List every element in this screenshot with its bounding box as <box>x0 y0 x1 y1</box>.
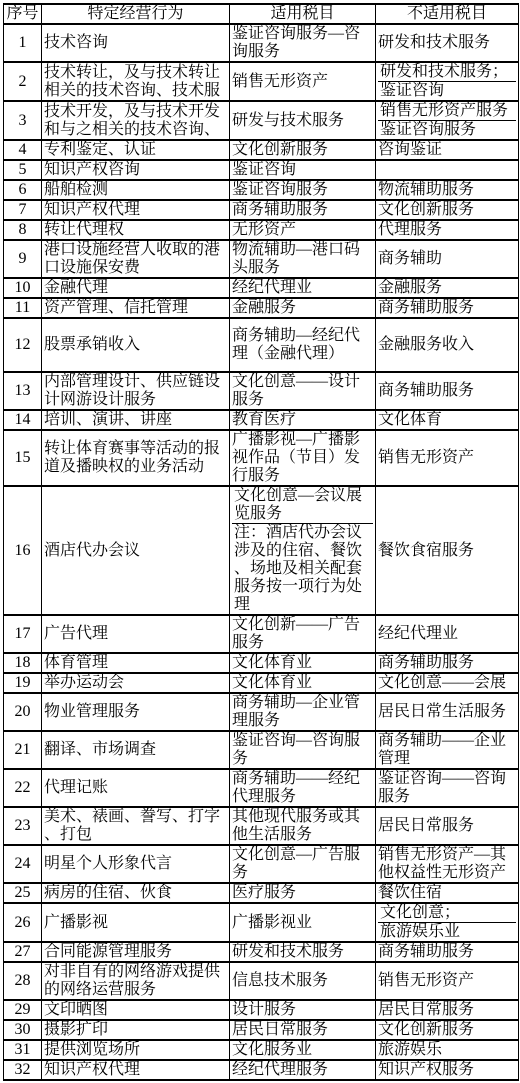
row-number-cell: 31 <box>4 1040 42 1060</box>
applicable-cell: 研发和技术服务 <box>230 942 376 962</box>
behavior-cell: 对非自有的网络游戏提供的网络运营服务 <box>42 962 230 1000</box>
applicable-cell: 研发与技术服务 <box>230 101 376 140</box>
row-number-cell: 14 <box>4 410 42 430</box>
table-row: 24明星个人形象代言文化创意—广告服务销售无形资产—其他权益性无形资产 <box>4 845 519 883</box>
behavior-cell: 资产管理、信托管理 <box>42 298 230 318</box>
applicable-cell: 物流辅助—港口码头服务 <box>230 240 376 278</box>
row-number-cell: 8 <box>4 220 42 240</box>
sub-cell: 旅游娱乐业 <box>378 922 516 941</box>
behavior-cell: 技术开发，及与技术开发和与之相关的技术咨询、 <box>42 101 230 140</box>
behavior-cell: 酒店代办会议 <box>42 486 230 615</box>
row-number-cell: 26 <box>4 903 42 942</box>
not-applicable-cell: 物流辅助服务 <box>376 180 519 200</box>
row-number-cell: 12 <box>4 318 42 372</box>
not-applicable-cell: 金融服务收入 <box>376 318 519 372</box>
row-number-cell: 13 <box>4 372 42 410</box>
not-applicable-cell: 知识产权服务 <box>376 1060 519 1080</box>
behavior-cell: 提供浏览场所 <box>42 1040 230 1060</box>
applicable-cell: 文化体育业 <box>230 673 376 693</box>
applicable-cell: 文化创新——广告服务 <box>230 615 376 653</box>
behavior-cell: 转让体育赛事等活动的报道及播映权的业务活动 <box>42 430 230 486</box>
table-row: 6船舶检测鉴证咨询服务物流辅助服务 <box>4 180 519 200</box>
header-row: 序号特定经营行为适用税目不适用税目 <box>4 4 519 24</box>
row-number-cell: 21 <box>4 731 42 769</box>
row-number-cell: 23 <box>4 807 42 845</box>
applicable-cell: 文化体育业 <box>230 653 376 673</box>
not-applicable-cell: 销售无形资产服务鉴证咨询服务 <box>376 101 519 140</box>
not-applicable-cell: 餐饮住宿 <box>376 883 519 903</box>
row-number-cell: 15 <box>4 430 42 486</box>
table-row: 7知识产权代理商务辅助服务文化创新服务 <box>4 200 519 220</box>
not-applicable-cell: 居民日常服务 <box>376 1000 519 1020</box>
not-applicable-cell: 金融服务 <box>376 278 519 298</box>
not-applicable-cell: 文化体育 <box>376 410 519 430</box>
not-applicable-cell: 居民日常生活服务 <box>376 693 519 731</box>
behavior-cell: 内部管理设计、供应链设计网游设计服务 <box>42 372 230 410</box>
behavior-cell: 文印晒图 <box>42 1000 230 1020</box>
not-applicable-cell: 经纪代理业 <box>376 615 519 653</box>
row-number-cell: 27 <box>4 942 42 962</box>
applicable-cell: 设计服务 <box>230 1000 376 1020</box>
row-number-cell: 30 <box>4 1020 42 1040</box>
behavior-cell: 美术、裱画、誊写、打字、打包 <box>42 807 230 845</box>
table-row: 8转让代理权无形资产代理服务 <box>4 220 519 240</box>
row-number-cell: 28 <box>4 962 42 1000</box>
behavior-cell: 体育管理 <box>42 653 230 673</box>
behavior-cell: 物业管理服务 <box>42 693 230 731</box>
table-row: 22代理记账商务辅助——经纪代理服务鉴证咨询——咨询服务 <box>4 769 519 807</box>
applicable-cell: 鉴证咨询服务—咨询服务 <box>230 24 376 62</box>
not-applicable-cell: 商务辅助服务 <box>376 298 519 318</box>
row-number-cell: 22 <box>4 769 42 807</box>
row-number-cell: 25 <box>4 883 42 903</box>
applicable-cell: 经纪代理业 <box>230 278 376 298</box>
behavior-cell: 摄影扩印 <box>42 1020 230 1040</box>
row-number-cell: 24 <box>4 845 42 883</box>
applicable-cell: 文化服务业 <box>230 1040 376 1060</box>
behavior-cell: 广播影视 <box>42 903 230 942</box>
table-row: 4专利鉴定、认证文化创新服务咨询鉴证 <box>4 140 519 160</box>
behavior-cell: 技术咨询 <box>42 24 230 62</box>
behavior-cell: 技术转让，及与技术转让相关的技术咨询、技术服 <box>42 62 230 101</box>
applicable-cell: 商务辅助服务 <box>230 200 376 220</box>
applicable-cell: 无形资产 <box>230 220 376 240</box>
not-applicable-cell: 咨询鉴证 <box>376 140 519 160</box>
table-row: 19举办运动会文化体育业文化创意——会展 <box>4 673 519 693</box>
not-applicable-cell: 文化创新服务 <box>376 200 519 220</box>
behavior-cell: 金融代理 <box>42 278 230 298</box>
table-row: 17广告代理文化创新——广告服务经纪代理业 <box>4 615 519 653</box>
table-row: 3技术开发，及与技术开发和与之相关的技术咨询、研发与技术服务销售无形资产服务鉴证… <box>4 101 519 140</box>
table-row: 13内部管理设计、供应链设计网游设计服务文化创意——设计服务商务辅助服务 <box>4 372 519 410</box>
table-row: 18体育管理文化体育业商务辅助服务 <box>4 653 519 673</box>
applicable-cell: 文化创意—会议展览服务注：酒店代办会议涉及的住宿、餐饮、场地及相关配套服务按一项… <box>230 486 376 615</box>
table-row: 21翻译、市场调查鉴证咨询—咨询服务商务辅助——企业管理 <box>4 731 519 769</box>
applicable-cell: 商务辅助—经纪代理（金融代理） <box>230 318 376 372</box>
behavior-cell: 举办运动会 <box>42 673 230 693</box>
row-number-cell: 7 <box>4 200 42 220</box>
not-applicable-cell: 商务辅助服务 <box>376 653 519 673</box>
table-row: 16酒店代办会议文化创意—会议展览服务注：酒店代办会议涉及的住宿、餐饮、场地及相… <box>4 486 519 615</box>
not-applicable-cell: 商务辅助服务 <box>376 372 519 410</box>
row-number-cell: 9 <box>4 240 42 278</box>
sub-cell: 文化创意—会议展览服务 <box>232 487 373 523</box>
col-header-not-applicable: 不适用税目 <box>376 4 519 24</box>
behavior-cell: 知识产权代理 <box>42 1060 230 1080</box>
col-header-behavior: 特定经营行为 <box>42 4 230 24</box>
applicable-cell: 鉴证咨询服务 <box>230 180 376 200</box>
behavior-cell: 明星个人形象代言 <box>42 845 230 883</box>
not-applicable-cell: 商务辅助 <box>376 240 519 278</box>
sub-cell: 鉴证咨询 <box>378 81 516 100</box>
sub-cell: 文化创意； <box>378 904 516 922</box>
row-number-cell: 32 <box>4 1060 42 1080</box>
applicable-cell: 鉴证咨询 <box>230 160 376 180</box>
table-row: 10金融代理经纪代理业金融服务 <box>4 278 519 298</box>
applicable-cell: 信息技术服务 <box>230 962 376 1000</box>
behavior-cell: 港口设施经营人收取的港口设施保安费 <box>42 240 230 278</box>
table-row: 32知识产权代理经纪代理服务知识产权服务 <box>4 1060 519 1080</box>
not-applicable-cell: 研发和技术服务 <box>376 24 519 62</box>
behavior-cell: 培训、演讲、讲座 <box>42 410 230 430</box>
not-applicable-cell: 文化创意——会展 <box>376 673 519 693</box>
tax-items-table: 序号特定经营行为适用税目不适用税目 1技术咨询鉴证咨询服务—咨询服务研发和技术服… <box>3 3 519 1081</box>
behavior-cell: 知识产权咨询 <box>42 160 230 180</box>
table-row: 9港口设施经营人收取的港口设施保安费物流辅助—港口码头服务商务辅助 <box>4 240 519 278</box>
behavior-cell: 合同能源管理服务 <box>42 942 230 962</box>
row-number-cell: 4 <box>4 140 42 160</box>
table-row: 30摄影扩印居民日常服务文化创新服务 <box>4 1020 519 1040</box>
table-row: 23美术、裱画、誊写、打字、打包其他现代服务或其他生活服务居民日常服务 <box>4 807 519 845</box>
behavior-cell: 专利鉴定、认证 <box>42 140 230 160</box>
row-number-cell: 29 <box>4 1000 42 1020</box>
not-applicable-cell <box>376 160 519 180</box>
row-number-cell: 1 <box>4 24 42 62</box>
not-applicable-cell: 销售无形资产—其他权益性无形资产 <box>376 845 519 883</box>
applicable-cell: 文化创新服务 <box>230 140 376 160</box>
document: 序号特定经营行为适用税目不适用税目 1技术咨询鉴证咨询服务—咨询服务研发和技术服… <box>0 0 520 1083</box>
applicable-cell: 教育医疗 <box>230 410 376 430</box>
row-number-cell: 10 <box>4 278 42 298</box>
row-number-cell: 6 <box>4 180 42 200</box>
applicable-cell: 销售无形资产 <box>230 62 376 101</box>
behavior-cell: 广告代理 <box>42 615 230 653</box>
row-number-cell: 19 <box>4 673 42 693</box>
not-applicable-cell: 销售无形资产 <box>376 430 519 486</box>
col-header-index: 序号 <box>4 4 42 24</box>
not-applicable-cell: 文化创意；旅游娱乐业 <box>376 903 519 942</box>
table-row: 25病房的住宿、伙食医疗服务餐饮住宿 <box>4 883 519 903</box>
behavior-cell: 病房的住宿、伙食 <box>42 883 230 903</box>
behavior-cell: 转让代理权 <box>42 220 230 240</box>
table-body: 1技术咨询鉴证咨询服务—咨询服务研发和技术服务2技术转让，及与技术转让相关的技术… <box>4 24 519 1080</box>
row-number-cell: 11 <box>4 298 42 318</box>
row-number-cell: 16 <box>4 486 42 615</box>
table-row: 14培训、演讲、讲座教育医疗文化体育 <box>4 410 519 430</box>
row-number-cell: 20 <box>4 693 42 731</box>
table-row: 11资产管理、信托管理金融服务商务辅助服务 <box>4 298 519 318</box>
row-number-cell: 3 <box>4 101 42 140</box>
not-applicable-cell: 代理服务 <box>376 220 519 240</box>
applicable-cell: 其他现代服务或其他生活服务 <box>230 807 376 845</box>
not-applicable-cell: 居民日常服务 <box>376 807 519 845</box>
not-applicable-cell: 商务辅助——企业管理 <box>376 731 519 769</box>
applicable-cell: 医疗服务 <box>230 883 376 903</box>
table-row: 20物业管理服务商务辅助—企业管理服务居民日常生活服务 <box>4 693 519 731</box>
table-row: 15转让体育赛事等活动的报道及播映权的业务活动广播影视—广播影视作品（节目）发行… <box>4 430 519 486</box>
not-applicable-cell: 餐饮食宿服务 <box>376 486 519 615</box>
row-number-cell: 2 <box>4 62 42 101</box>
table-row: 31提供浏览场所文化服务业旅游娱乐 <box>4 1040 519 1060</box>
table-row: 2技术转让，及与技术转让相关的技术咨询、技术服销售无形资产研发和技术服务；鉴证咨… <box>4 62 519 101</box>
table-row: 5知识产权咨询鉴证咨询 <box>4 160 519 180</box>
sub-cell: 销售无形资产服务 <box>378 102 516 120</box>
applicable-cell: 文化创意—广告服务 <box>230 845 376 883</box>
table-row: 28对非自有的网络游戏提供的网络运营服务信息技术服务销售无形资产 <box>4 962 519 1000</box>
sub-cell: 注：酒店代办会议涉及的住宿、餐饮、场地及相关配套服务按一项行为处理 <box>232 523 373 614</box>
applicable-cell: 商务辅助——经纪代理服务 <box>230 769 376 807</box>
behavior-cell: 代理记账 <box>42 769 230 807</box>
col-header-applicable: 适用税目 <box>230 4 376 24</box>
row-number-cell: 18 <box>4 653 42 673</box>
applicable-cell: 鉴证咨询—咨询服务 <box>230 731 376 769</box>
table-row: 26广播影视广播影视业文化创意；旅游娱乐业 <box>4 903 519 942</box>
applicable-cell: 文化创意——设计服务 <box>230 372 376 410</box>
not-applicable-cell: 商务辅助服务 <box>376 942 519 962</box>
table-row: 12股票承销收入商务辅助—经纪代理（金融代理）金融服务收入 <box>4 318 519 372</box>
not-applicable-cell: 研发和技术服务；鉴证咨询 <box>376 62 519 101</box>
applicable-cell: 金融服务 <box>230 298 376 318</box>
behavior-cell: 船舶检测 <box>42 180 230 200</box>
applicable-cell: 广播影视—广播影视作品（节目）发行服务 <box>230 430 376 486</box>
behavior-cell: 股票承销收入 <box>42 318 230 372</box>
not-applicable-cell: 旅游娱乐 <box>376 1040 519 1060</box>
row-number-cell: 17 <box>4 615 42 653</box>
table-header-row: 序号特定经营行为适用税目不适用税目 <box>4 4 519 24</box>
sub-cell: 研发和技术服务； <box>378 63 516 81</box>
not-applicable-cell: 文化创新服务 <box>376 1020 519 1040</box>
table-row: 29文印晒图设计服务居民日常服务 <box>4 1000 519 1020</box>
applicable-cell: 商务辅助—企业管理服务 <box>230 693 376 731</box>
table-row: 1技术咨询鉴证咨询服务—咨询服务研发和技术服务 <box>4 24 519 62</box>
behavior-cell: 翻译、市场调查 <box>42 731 230 769</box>
applicable-cell: 经纪代理服务 <box>230 1060 376 1080</box>
applicable-cell: 广播影视业 <box>230 903 376 942</box>
applicable-cell: 居民日常服务 <box>230 1020 376 1040</box>
table-row: 27合同能源管理服务研发和技术服务商务辅助服务 <box>4 942 519 962</box>
row-number-cell: 5 <box>4 160 42 180</box>
behavior-cell: 知识产权代理 <box>42 200 230 220</box>
sub-cell: 鉴证咨询服务 <box>378 120 516 139</box>
not-applicable-cell: 销售无形资产 <box>376 962 519 1000</box>
not-applicable-cell: 鉴证咨询——咨询服务 <box>376 769 519 807</box>
